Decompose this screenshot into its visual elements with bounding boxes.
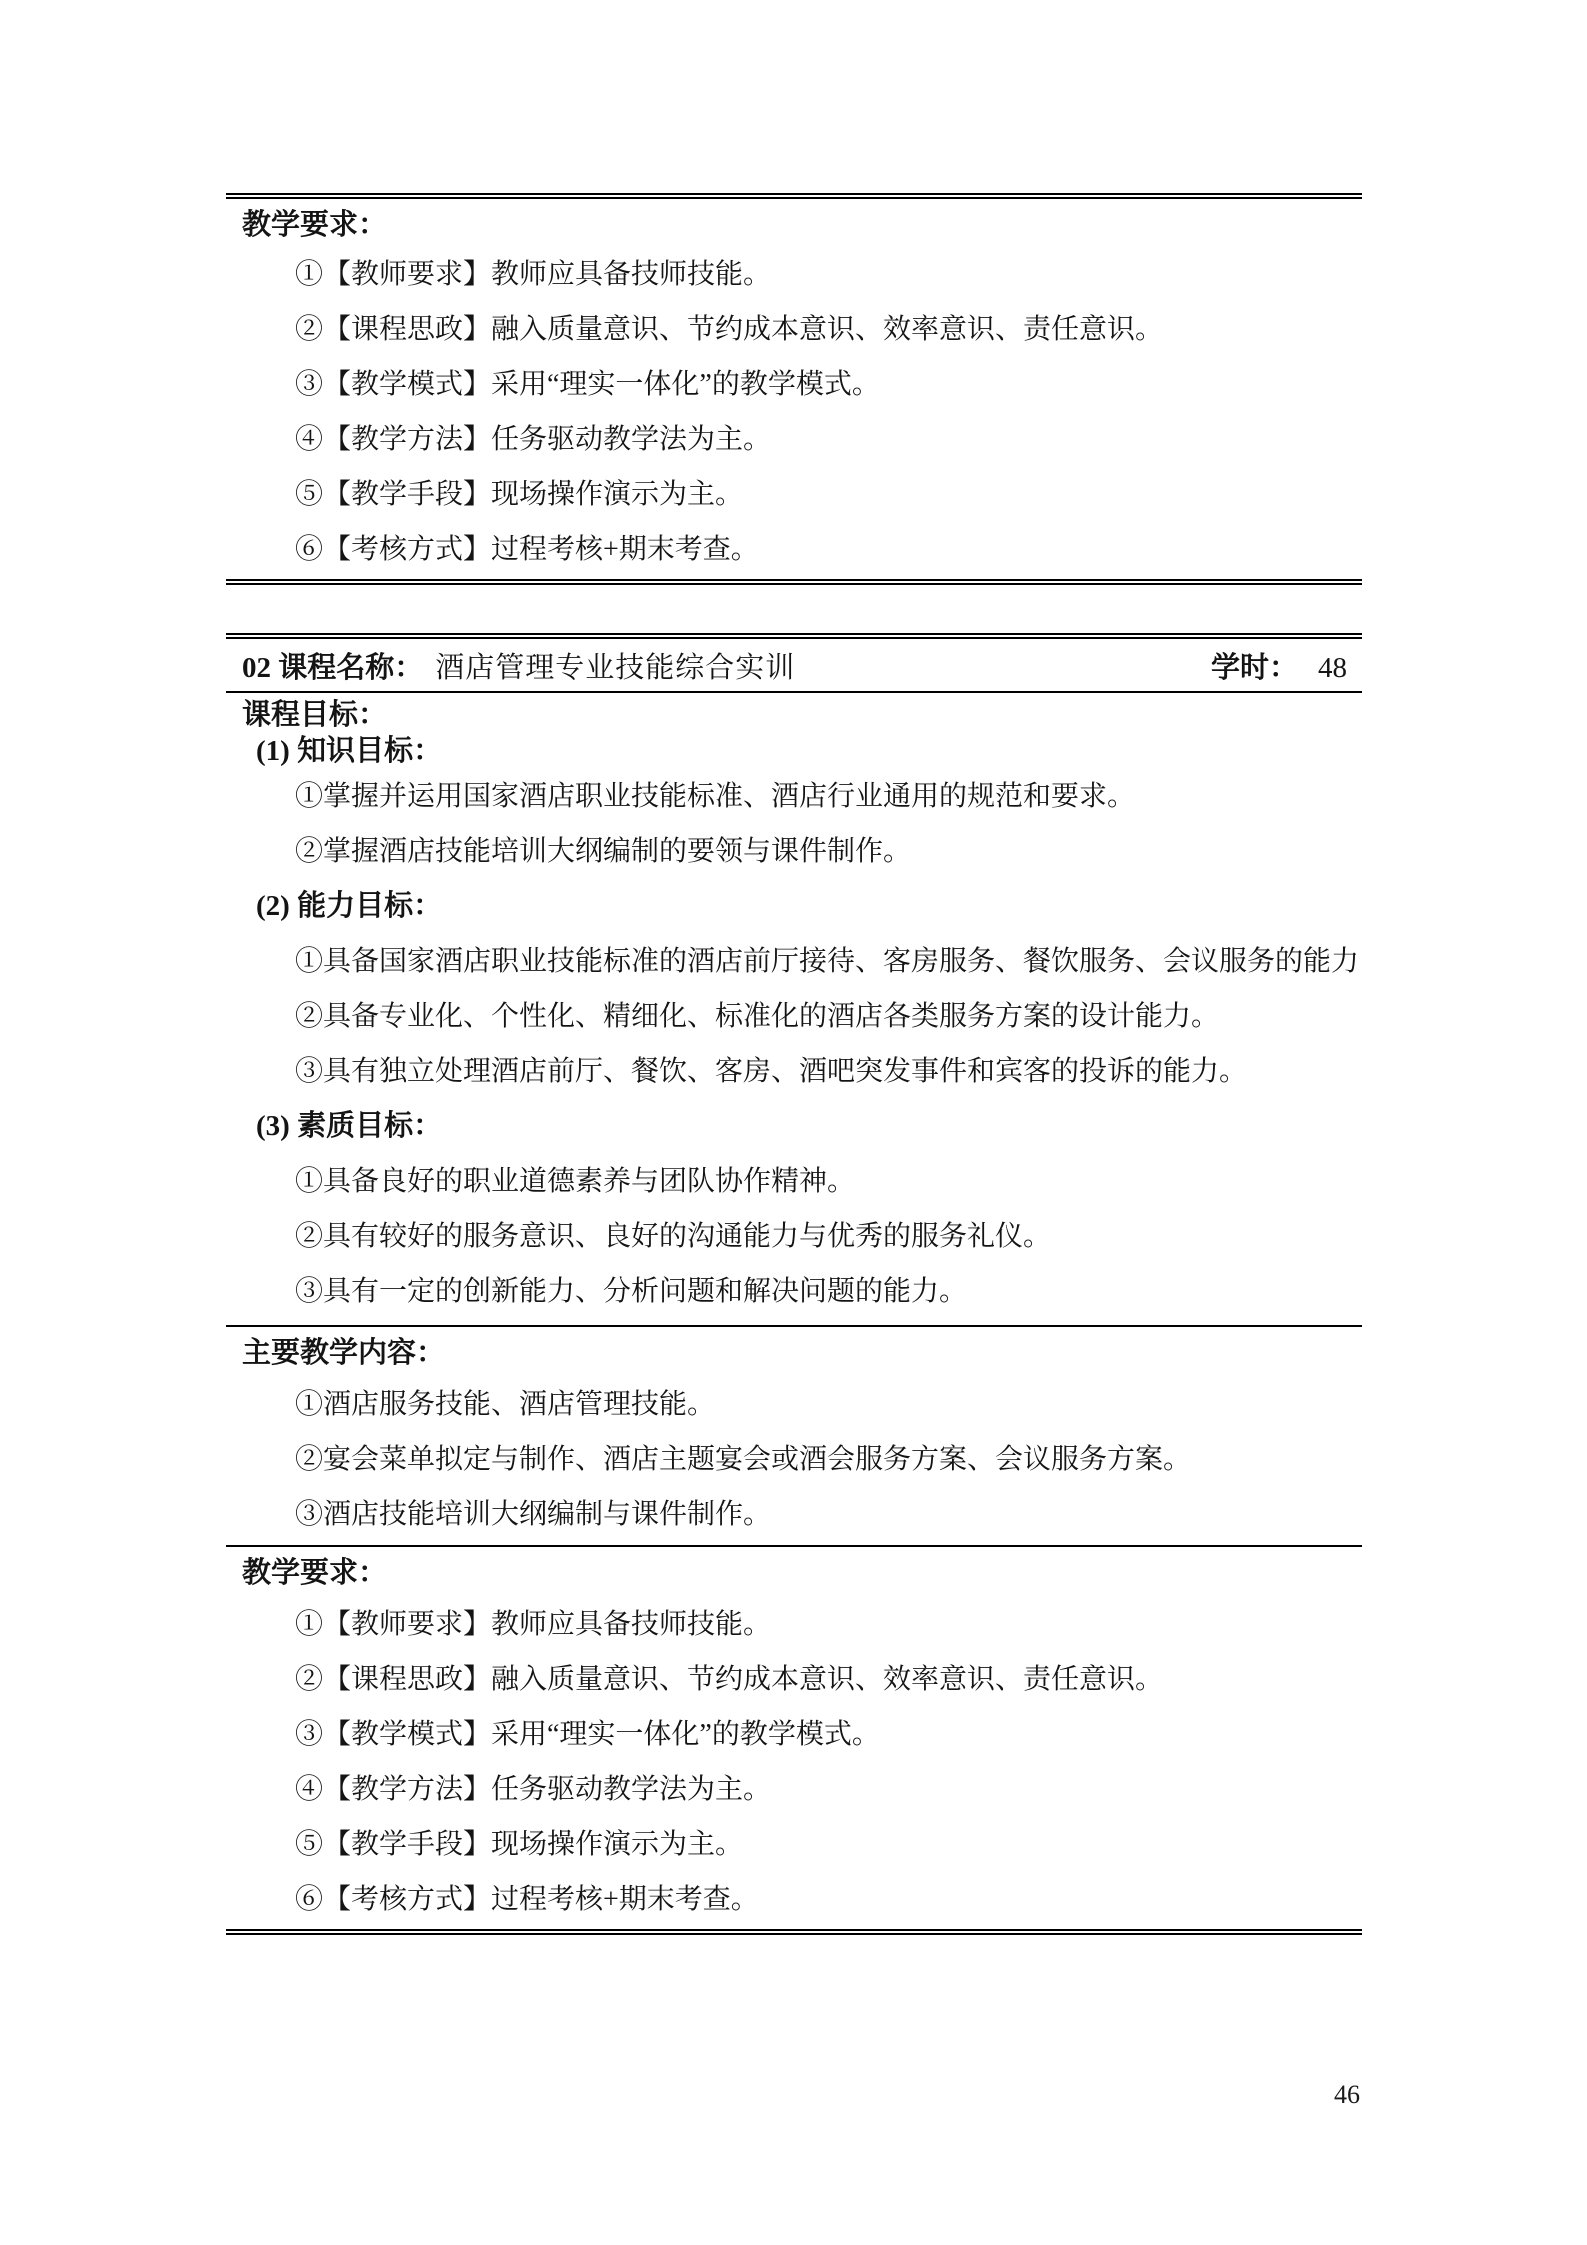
course-requirements-section: 教学要求： ①【教师要求】教师应具备技师技能。 ②【课程思政】融入质量意识、节约…: [226, 1547, 1362, 1929]
requirement-item: ⑥【考核方式】过程考核+期末考查。: [226, 522, 1362, 577]
hours-value: 48: [1318, 652, 1347, 684]
course-table: 02 课程名称：酒店管理专业技能综合实训 学时：48 课程目标： (1) 知识目…: [226, 633, 1362, 1935]
main-teaching-content-section: 主要教学内容： ①酒店服务技能、酒店管理技能。 ②宴会菜单拟定与制作、酒店主题宴…: [226, 1327, 1362, 1547]
requirement-item: ⑤【教学手段】现场操作演示为主。: [226, 467, 1362, 522]
objective-item: ②具有较好的服务意识、良好的沟通能力与优秀的服务礼仪。: [226, 1209, 1362, 1264]
objective-item: ②具备专业化、个性化、精细化、标准化的酒店各类服务方案的设计能力。: [226, 989, 1362, 1044]
objective-group-title: (3) 素质目标：: [226, 1099, 1362, 1154]
course-name: 酒店管理专业技能综合实训: [435, 652, 795, 684]
objective-item: ③具有一定的创新能力、分析问题和解决问题的能力。: [226, 1264, 1362, 1319]
requirement-item: ③【教学模式】采用“理实一体化”的教学模式。: [226, 357, 1362, 412]
requirement-item: ⑥【考核方式】过程考核+期末考查。: [226, 1872, 1362, 1927]
document-page: 教学要求： ①【教师要求】教师应具备技师技能。 ②【课程思政】融入质量意识、节约…: [0, 0, 1587, 2245]
requirement-item: ③【教学模式】采用“理实一体化”的教学模式。: [226, 1707, 1362, 1762]
section-heading: 课程目标：: [226, 697, 1362, 733]
course-number-label: 02 课程名称：: [242, 652, 423, 684]
content-item: ③酒店技能培训大纲编制与课件制作。: [226, 1487, 1362, 1542]
objective-item: ①具备良好的职业道德素养与团队协作精神。: [226, 1154, 1362, 1209]
requirement-item: ②【课程思政】融入质量意识、节约成本意识、效率意识、责任意识。: [226, 1652, 1362, 1707]
requirement-item: ④【教学方法】任务驱动教学法为主。: [226, 412, 1362, 467]
page-number: 46: [1334, 2080, 1360, 2110]
objective-item: ③具有独立处理酒店前厅、餐饮、客房、酒吧突发事件和宾客的投诉的能力。: [226, 1044, 1362, 1099]
previous-course-requirements-section: 教学要求： ①【教师要求】教师应具备技师技能。 ②【课程思政】融入质量意识、节约…: [226, 193, 1362, 585]
course-header-row: 02 课程名称：酒店管理专业技能综合实训 学时：48: [226, 639, 1362, 693]
objective-item: ①掌握并运用国家酒店职业技能标准、酒店行业通用的规范和要求。: [226, 769, 1362, 824]
section-heading: 教学要求：: [226, 203, 1362, 247]
hours-label: 学时：: [1211, 652, 1298, 684]
content-item: ①酒店服务技能、酒店管理技能。: [226, 1377, 1362, 1432]
objective-group-title: (2) 能力目标：: [226, 879, 1362, 934]
requirement-item: ④【教学方法】任务驱动教学法为主。: [226, 1762, 1362, 1817]
requirement-item: ①【教师要求】教师应具备技师技能。: [226, 1597, 1362, 1652]
requirement-item: ②【课程思政】融入质量意识、节约成本意识、效率意识、责任意识。: [226, 302, 1362, 357]
section-heading: 教学要求：: [226, 1549, 1362, 1597]
requirement-item: ⑤【教学手段】现场操作演示为主。: [226, 1817, 1362, 1872]
course-hours: 学时：48: [1211, 645, 1347, 686]
section-heading: 主要教学内容：: [226, 1329, 1362, 1377]
course-objectives-section: 课程目标： (1) 知识目标： ①掌握并运用国家酒店职业技能标准、酒店行业通用的…: [226, 693, 1362, 1327]
objective-group-title: (1) 知识目标：: [226, 733, 1362, 769]
course-title: 02 课程名称：酒店管理专业技能综合实训: [242, 645, 795, 686]
objective-item: ①具备国家酒店职业技能标准的酒店前厅接待、客房服务、餐饮服务、会议服务的能力: [226, 934, 1362, 989]
objective-item: ②掌握酒店技能培训大纲编制的要领与课件制作。: [226, 824, 1362, 879]
content-item: ②宴会菜单拟定与制作、酒店主题宴会或酒会服务方案、会议服务方案。: [226, 1432, 1362, 1487]
requirement-item: ①【教师要求】教师应具备技师技能。: [226, 247, 1362, 302]
page-content: 教学要求： ①【教师要求】教师应具备技师技能。 ②【课程思政】融入质量意识、节约…: [226, 193, 1362, 1935]
